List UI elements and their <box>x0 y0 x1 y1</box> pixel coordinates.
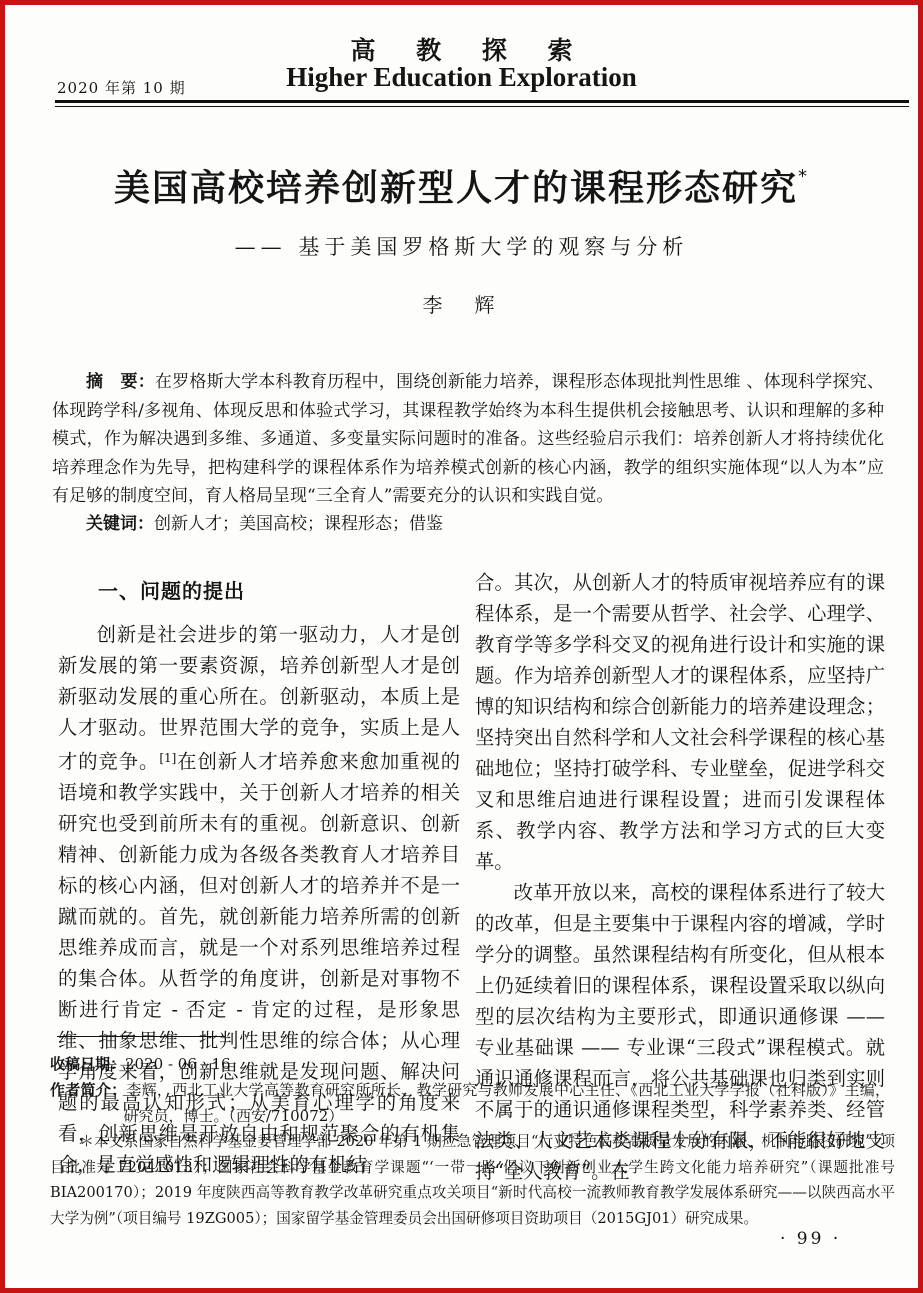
header-divider-thin-line <box>55 106 909 107</box>
title-footnote-asterisk: * <box>798 166 809 187</box>
keywords-label: 关键词： <box>86 514 154 534</box>
right-column-paragraph-continuation: 合。其次，从创新人才的特质审视培养应有的课程体系，是一个需要从哲学、社会学、心理… <box>475 567 885 877</box>
author-bio-label: 作者简介： <box>50 1081 126 1099</box>
funding-footnote: ＊本文系国家自然科学基金委管理学部 2020 年第 1 期应急管理项目“行业特色… <box>50 1129 895 1231</box>
journal-issue: 2020 年第 10 期 <box>57 77 186 98</box>
header-divider-thick-line <box>55 100 909 103</box>
footnote-divider <box>57 1036 225 1037</box>
citation-ref-1: [1] <box>159 751 176 765</box>
received-date-line: 收稿日期：2020 - 06 - 16 <box>50 1051 890 1077</box>
page-number: · 99 · <box>780 1229 841 1249</box>
article-title-text: 美国高校培养创新型人才的课程形态研究 <box>114 168 798 209</box>
article-subtitle: —— 基于美国罗格斯大学的观察与分析 <box>5 231 918 261</box>
author-bio-text: 李辉，西北工业大学高等教育研究所所长、教学研究与教师发展中心主任、《西北工业大学… <box>124 1081 891 1125</box>
keywords-text: 创新人才；美国高校；课程形态；借鉴 <box>154 514 443 534</box>
scanned-paper-page: 高 教 探 索 Higher Education Exploration 202… <box>0 0 923 1293</box>
article-author: 李 辉 <box>5 289 918 318</box>
abstract-paragraph: 摘 要：在罗格斯大学本科教育历程中，围绕创新能力培养，课程形态体现批判性思维 、… <box>52 368 884 511</box>
abstract-text: 在罗格斯大学本科教育历程中，围绕创新能力培养，课程形态体现批判性思维 、体现科学… <box>52 372 884 506</box>
section-heading-1: 一、问题的提出 <box>58 576 460 607</box>
author-bio-line: 作者简介：李辉，西北工业大学高等教育研究所所长、教学研究与教师发展中心主任、《西… <box>50 1077 890 1129</box>
received-date-label: 收稿日期： <box>50 1055 125 1073</box>
abstract-label: 摘 要： <box>86 372 155 392</box>
header-divider <box>55 100 909 107</box>
keywords-line: 关键词：创新人才；美国高校；课程形态；借鉴 <box>52 510 884 538</box>
article-title: 美国高校培养创新型人才的课程形态研究* <box>5 160 918 211</box>
received-date-value: 2020 - 06 - 16 <box>125 1055 231 1073</box>
